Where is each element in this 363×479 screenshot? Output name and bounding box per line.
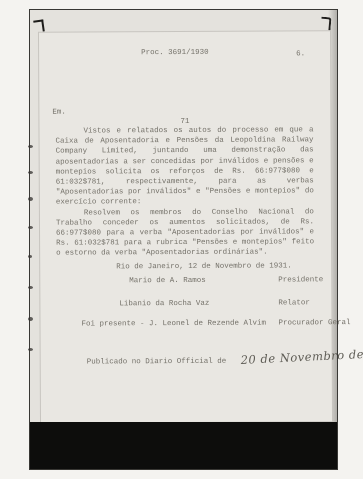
publication-line: Publicado no Diario Official de 20 de No… [87,349,363,369]
binding-smudge [28,171,33,174]
process-number: Proc. 3691/1930 [141,48,209,59]
signature-name-procurador: Foi presente - J. Leonel de Rezende Alvi… [81,319,266,330]
signature-role-procurador: Procurador Geral [278,318,350,329]
resolution-paragraph: Resolvem os membros do Conselho Nacional… [56,207,314,259]
publication-typed-text: Publicado no Diario Official de [87,358,227,367]
binding-smudge [28,255,32,258]
dateline: Rio de Janeiro, 12 de Novembro de 1931. [56,261,314,273]
binding-smudge [28,286,33,289]
signature-role-president: Presidente [278,275,323,285]
signature-role-relator: Relator [278,298,310,308]
margin-note: Em. [52,108,66,118]
binding-smudge [28,197,33,201]
decision-body: Vistos e relatados os autos do processo … [55,125,314,272]
signature-name-president: Mario de A. Ramos [129,276,206,287]
document-page: Proc. 3691/1930 6. Em. 71 Vistos e relat… [38,30,333,424]
scanned-photo-frame: Proc. 3691/1930 6. Em. 71 Vistos e relat… [29,9,338,470]
preamble-paragraph: Vistos e relatados os autos do processo … [55,125,313,208]
binding-smudge [28,348,33,351]
folio-mark: 6. [296,49,305,59]
binding-smudge [28,317,33,321]
scan-black-backing [30,422,337,469]
binding-smudge [28,145,33,148]
publication-handwritten-date: 20 de Novembro de 931 [240,346,363,367]
crop-mark-top-left [33,19,45,32]
binding-smudge [28,226,33,229]
signature-name-relator: Libanio da Rocha Vaz [119,299,209,310]
